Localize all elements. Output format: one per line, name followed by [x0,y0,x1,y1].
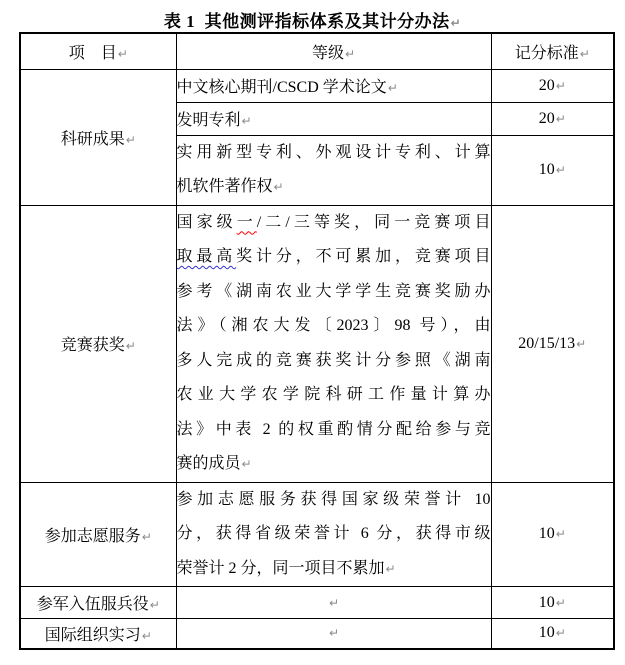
table-row-competition: 竞赛获奖↵ 国家级一/二/三等奖，同一竞赛项目 取最高奖计分，不可累加，竞赛项目… [20,205,614,482]
cell-item-volunteer: 参加志愿服务↵ [20,482,176,587]
score-utility-patent-text: 10 [539,161,555,178]
table-title-text: 表 1 其他测评指标体系及其计分办法 [164,12,450,31]
item-volunteer-text: 参加志愿服务 [45,528,141,545]
score-volunteer-text: 10 [539,525,555,542]
paragraph-mark: ↵ [149,598,160,612]
grade-invention-patent-text: 发明专利 [177,112,241,129]
grade-line: 荣誉计 2 分，同一项目不累加↵ [177,552,491,587]
table-row-volunteer: 参加志愿服务↵ 参加志愿服务获得国家级荣誉计 10 分，获得省级荣誉计 6 分，… [20,482,614,587]
paragraph-mark: ↵ [555,626,566,640]
competition-text-line2: 奖计分，不可累加，竞赛项目 [236,248,490,265]
table-row-research-1: 科研成果↵ 中文核心期刊/CSCD 学术论文↵ 20↵ [20,69,614,102]
paragraph-mark: ↵ [328,596,339,610]
item-military-text: 参军入伍服兵役 [37,596,149,613]
competition-text-post: /二/三等奖，同一竞赛项目 [257,214,491,231]
cell-item-research: 科研成果↵ [20,69,176,205]
grade-line: 分，获得省级荣誉计 6 分，获得市级 [177,517,491,552]
evaluation-table: 项 目↵ 等级↵ 记分标准↵ 科研成果↵ 中文核心期刊/CSCD 学术论文↵ 2… [19,32,615,650]
cell-score-competition: 20/15/13↵ [491,205,614,482]
grade-line: 实用新型专利、外观设计专利、计算 [177,136,491,171]
paragraph-mark: ↵ [387,81,398,95]
grade-line: 参加志愿服务获得国家级荣誉计 10 [177,483,491,518]
grade-line: 农业大学农学院科研工作量计算办 [177,378,491,413]
cell-grade-military-empty: ↵ [176,587,491,619]
header-score-text: 记分标准 [515,45,579,62]
cell-grade-core-journal: 中文核心期刊/CSCD 学术论文↵ [176,69,491,102]
header-item: 项 目↵ [20,33,176,69]
score-core-journal-text: 20 [539,77,555,94]
grade-line: 机软件著作权↵ [177,170,491,205]
item-competition-text: 竞赛获奖 [61,337,125,354]
cell-grade-invention-patent: 发明专利↵ [176,102,491,135]
header-grade-text: 等级 [312,45,344,62]
paragraph-mark: ↵ [117,47,128,61]
score-military-text: 10 [539,594,555,611]
table-row-internship: 国际组织实习↵ ↵ 10↵ [20,619,614,649]
header-score: 记分标准↵ [491,33,614,69]
paragraph-mark: ↵ [328,626,339,640]
cell-score-internship: 10↵ [491,619,614,649]
paragraph-mark: ↵ [555,596,566,610]
grade-utility-patent-text: 机软件著作权 [177,178,273,195]
cell-grade-volunteer: 参加志愿服务获得国家级荣誉计 10 分，获得省级荣誉计 6 分，获得市级 荣誉计… [176,482,491,587]
cell-score-core-journal: 20↵ [491,69,614,102]
cell-score-utility-patent: 10↵ [491,135,614,205]
grade-line: 法》（湘农大发〔2023〕98 号），由 [177,309,491,344]
cell-item-internship: 国际组织实习↵ [20,619,176,649]
paragraph-mark: ↵ [579,47,590,61]
cell-grade-internship-empty: ↵ [176,619,491,649]
item-research-text: 科研成果 [61,131,125,148]
spellcheck-red-text: 一 [237,214,257,231]
paragraph-mark: ↵ [125,339,136,353]
paragraph-mark: ↵ [141,530,152,544]
paragraph-mark: ↵ [555,527,566,541]
score-competition-text: 20/15/13 [518,335,575,352]
table-header-row: 项 目↵ 等级↵ 记分标准↵ [20,33,614,69]
header-item-text: 项 目 [69,45,117,62]
paragraph-mark: ↵ [575,337,586,351]
paragraph-mark: ↵ [125,133,136,147]
cell-grade-utility-patent: 实用新型专利、外观设计专利、计算 机软件著作权↵ [176,135,491,205]
grammar-blue-text: 取最高 [177,248,237,265]
cell-score-invention-patent: 20↵ [491,102,614,135]
score-internship-text: 10 [539,624,555,641]
cell-score-volunteer: 10↵ [491,482,614,587]
volunteer-text-last: 荣誉计 2 分，同一项目不累加 [177,560,385,577]
grade-line: 取最高奖计分，不可累加，竞赛项目 [177,240,491,275]
grade-core-journal-text: 中文核心期刊/CSCD 学术论文 [177,79,387,96]
grade-line: 参考《湖南农业大学学生竞赛奖励办 [177,275,491,310]
paragraph-mark: ↵ [241,114,252,128]
paragraph-mark: ↵ [141,629,152,643]
paragraph-mark: ↵ [241,457,252,471]
grade-line: 国家级一/二/三等奖，同一竞赛项目 [177,206,491,241]
item-internship-text: 国际组织实习 [45,627,141,644]
paragraph-mark: ↵ [555,79,566,93]
paragraph-mark: ↵ [555,163,566,177]
competition-text-pre: 国家级 [177,214,237,231]
grade-line: 赛的成员↵ [177,447,491,482]
cell-score-military: 10↵ [491,587,614,619]
paragraph-mark: ↵ [273,180,284,194]
grade-line: 法》中表 2 的权重酌情分配给参与竞 [177,413,491,448]
paragraph-mark: ↵ [385,562,396,576]
cell-grade-competition: 国家级一/二/三等奖，同一竞赛项目 取最高奖计分，不可累加，竞赛项目 参考《湖南… [176,205,491,482]
table-row-military: 参军入伍服兵役↵ ↵ 10↵ [20,587,614,619]
cell-item-military: 参军入伍服兵役↵ [20,587,176,619]
paragraph-mark: ↵ [344,47,355,61]
table-title: 表 1 其他测评指标体系及其计分办法↵ [0,7,625,32]
paragraph-mark: ↵ [555,112,566,126]
grade-line: 多人完成的竞赛获奖计分参照《湖南 [177,344,491,379]
score-invention-patent-text: 20 [539,110,555,127]
cell-item-competition: 竞赛获奖↵ [20,205,176,482]
document-page: 表 1 其他测评指标体系及其计分办法↵ 项 目↵ 等级↵ 记分标准↵ 科研成果↵… [0,0,625,665]
competition-text-last: 赛的成员 [177,455,241,472]
header-grade: 等级↵ [176,33,491,69]
paragraph-mark: ↵ [450,16,462,30]
